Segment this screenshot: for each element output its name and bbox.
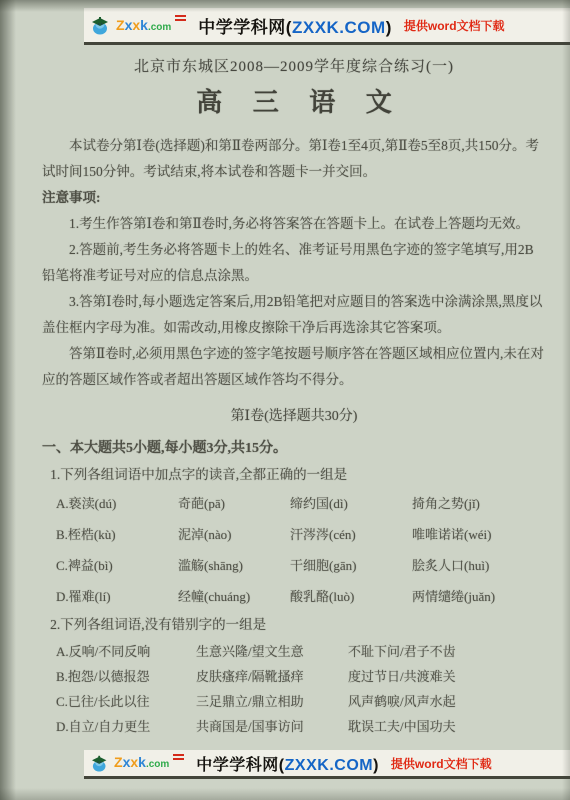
zxxk-mascot-icon: [90, 754, 112, 772]
q2-option-c2: 三足鼎立/鼎立相助: [196, 690, 348, 714]
q1-option-c2: 滥觞(shāng): [178, 553, 290, 579]
q2-option-b2: 皮肤瘙痒/隔靴搔痒: [196, 665, 348, 689]
site-title-link[interactable]: 中学学科网(ZXXK.COM): [198, 13, 392, 38]
exam-subject-title: 高 三 语 文: [42, 86, 546, 120]
logo-letter: x: [130, 754, 138, 770]
logo-letter: x: [132, 17, 140, 33]
part1-heading: 一、本大题共5小题,每小题3分,共15分。: [42, 436, 546, 462]
q1-option-d4: 两情缱绻(juǎn): [412, 584, 546, 610]
q2-option-c1: C.已往/长此以往: [56, 690, 196, 714]
logo-letter: k: [140, 17, 148, 33]
zxxk-mascot-icon: [90, 15, 114, 35]
part2-instruction: 答第Ⅱ卷时,必须用黑色字迹的签字笔按题号顺序答在答题区域相应位置内,未在对应的答…: [42, 341, 546, 393]
zxxk-logo-text: Zxxk.com: [114, 755, 169, 772]
q2-option-c3: 风声鹤唳/风声水起: [348, 690, 546, 714]
section1-title: 第Ⅰ卷(选择题共30分): [42, 403, 546, 430]
site-name: 中学学科网(: [196, 757, 284, 774]
question2-stem: 2.下列各组词语,没有错别字的一组是: [42, 612, 546, 638]
q2-option-d2: 共商国是/国事访问: [196, 715, 348, 739]
q2-option-a1: A.反响/不同反响: [56, 640, 196, 664]
zxxk-logo-text: Zxxk.com: [116, 18, 171, 35]
notice-item-2: 2.答题前,考生务必将答题卡上的姓名、准考证号用黑色字迹的签字笔填写,用2B铅笔…: [42, 237, 546, 289]
q1-option-b3: 汗涔涔(cén): [290, 522, 412, 548]
q1-option-b2: 泥淖(nào): [178, 522, 290, 548]
question1-stem: 1.下列各组词语中加点字的读音,全都正确的一组是: [42, 462, 546, 488]
q1-option-b1: B.桎梏(kù): [56, 522, 178, 548]
q1-option-d1: D.罹难(lí): [56, 584, 178, 610]
logo-red-badge-decoration: [173, 754, 184, 762]
word-download-link[interactable]: 提供word文档下载: [391, 755, 492, 772]
zxxk-logo[interactable]: Zxxk.com: [90, 754, 184, 772]
q1-option-a2: 奇葩(pā): [178, 491, 290, 517]
q2-option-d3: 耽误工夫/中国功夫: [348, 715, 546, 739]
q1-option-d2: 经幢(chuáng): [178, 584, 290, 610]
scanned-exam-document: Zxxk.com 中学学科网(ZXXK.COM) 提供word文档下载 北京市东…: [0, 0, 570, 800]
logo-letter: k: [138, 754, 146, 770]
zxxk-footer-banner: Zxxk.com 中学学科网(ZXXK.COM) 提供word文档下载: [84, 750, 570, 779]
question2-options: A.反响/不同反响 生意兴隆/望文生意 不耻下问/君子不齿 B.抱怨/以德报怨 …: [42, 640, 546, 739]
site-domain: ZXXK.COM: [292, 18, 386, 37]
site-name: 中学学科网(: [198, 18, 292, 37]
zxxk-header-banner: Zxxk.com 中学学科网(ZXXK.COM) 提供word文档下载: [84, 8, 570, 45]
q1-option-c3: 干细胞(gān): [290, 553, 412, 579]
zxxk-logo[interactable]: Zxxk.com: [90, 15, 186, 35]
site-paren: ): [386, 18, 392, 37]
word-download-link[interactable]: 提供word文档下载: [404, 17, 505, 34]
q1-option-a4: 掎角之势(jǐ): [412, 491, 546, 517]
logo-domain-suffix: .com: [148, 22, 171, 33]
logo-domain-suffix: .com: [146, 759, 169, 770]
question1-options: A.亵渎(dú) 奇葩(pā) 缔约国(dì) 掎角之势(jǐ) B.桎梏(kù…: [42, 491, 546, 610]
exam-intro-paragraph: 本试卷分第Ⅰ卷(选择题)和第Ⅱ卷两部分。第Ⅰ卷1至4页,第Ⅱ卷5至8页,共150…: [42, 133, 546, 185]
q2-option-a2: 生意兴隆/望文生意: [196, 640, 348, 664]
q2-option-a3: 不耻下问/君子不齿: [348, 640, 546, 664]
notice-heading: 注意事项:: [42, 185, 546, 211]
site-title-link[interactable]: 中学学科网(ZXXK.COM): [196, 752, 379, 775]
q1-option-c4: 脍炙人口(huì): [412, 553, 546, 579]
site-domain: ZXXK.COM: [285, 757, 373, 774]
logo-red-badge-decoration: [175, 15, 186, 23]
q1-option-b4: 唯唯诺诺(wéi): [412, 522, 546, 548]
logo-letter: Z: [114, 754, 123, 770]
q1-option-d3: 酸乳酪(luò): [290, 584, 412, 610]
q2-option-b3: 度过节日/共渡难关: [348, 665, 546, 689]
q1-option-a1: A.亵渎(dú): [56, 491, 178, 517]
logo-letter: Z: [116, 17, 125, 33]
q1-option-c1: C.裨益(bì): [56, 553, 178, 579]
site-paren: ): [373, 757, 379, 774]
notice-item-3: 3.答第Ⅰ卷时,每小题选定答案后,用2B铅笔把对应题目的答案选中涂满涂黑,黑度以…: [42, 289, 546, 341]
q2-option-b1: B.抱怨/以德报怨: [56, 665, 196, 689]
notice-item-1: 1.考生作答第Ⅰ卷和第Ⅱ卷时,务必将答案答在答题卡上。在试卷上答题均无效。: [42, 211, 546, 237]
exam-title: 北京市东城区2008—2009学年度综合练习(一): [42, 56, 546, 78]
q2-option-d1: D.自立/自力更生: [56, 715, 196, 739]
exam-page-content: 北京市东城区2008—2009学年度综合练习(一) 高 三 语 文 本试卷分第Ⅰ…: [42, 48, 546, 739]
q1-option-a3: 缔约国(dì): [290, 491, 412, 517]
